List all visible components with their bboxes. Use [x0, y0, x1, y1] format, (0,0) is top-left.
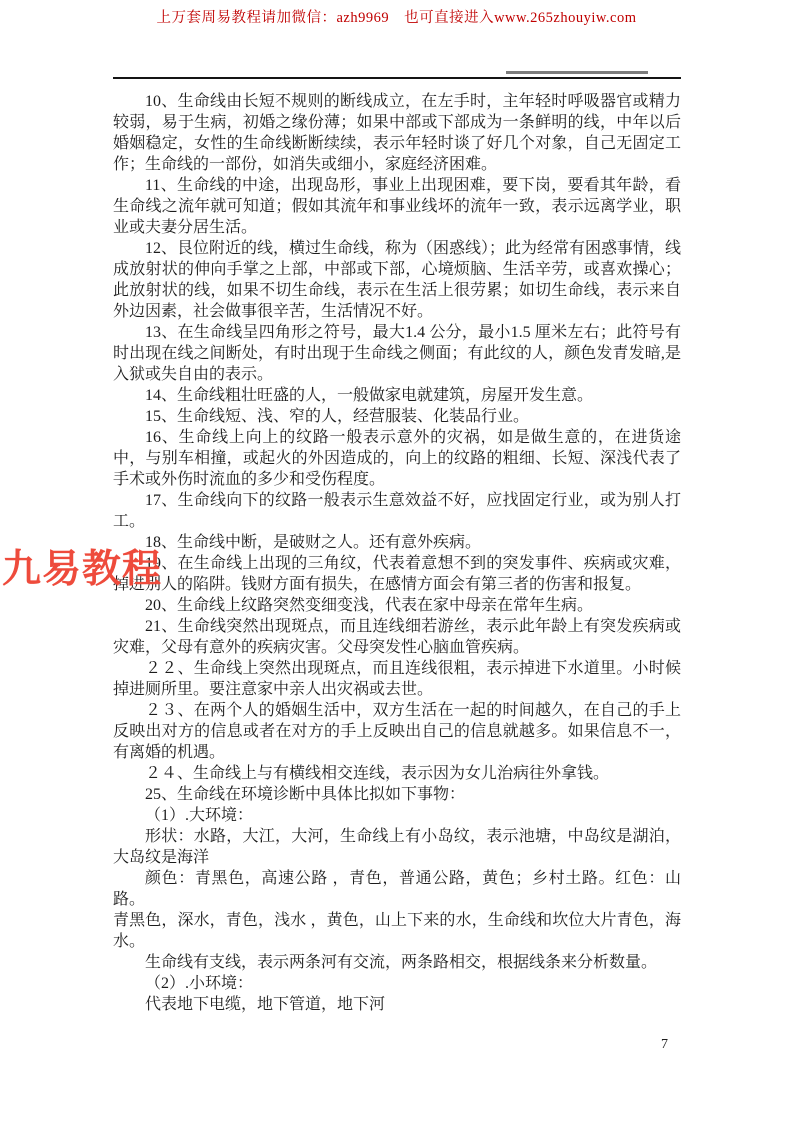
paragraph-env-2-heading: （2）.小环境：	[113, 973, 681, 994]
watermark-text: 九易教程	[2, 538, 162, 594]
paragraph-22: ２２、生命线上突然出现斑点，而且连线很粗，表示掉进下水道里。小时候掉进厕所里。要…	[113, 658, 681, 700]
paragraph-25: 25、生命线在环境诊断中具体比拟如下事物：	[113, 784, 681, 805]
document-body: 10、生命线由长短不规则的断线成立，在左手时，主年轻时呼吸器官或精力较弱，易于生…	[113, 91, 681, 1015]
paragraph-17: 17、生命线向下的纹路一般表示生意效益不好，应找固定行业，或为别人打工。	[113, 490, 681, 532]
paragraph-13: 13、在生命线呈四角形之符号，最大1.4 公分，最小1.5 厘米左右；此符号有时…	[113, 322, 681, 385]
paragraph-20: 20、生命线上纹路突然变细变浅，代表在家中母亲在常年生病。	[113, 595, 681, 616]
paragraph-23: ２３、在两个人的婚姻生活中，双方生活在一起的时间越久，在自己的手上反映出对方的信…	[113, 700, 681, 763]
paragraph-21: 21、生命线突然出现斑点，而且连线细若游丝，表示此年龄上有突发疾病或灾难，父母有…	[113, 616, 681, 658]
paragraph-color: 颜色：青黑色，高速公路 ，青色，普通公路，黄色；乡村土路。红色：山路。	[113, 868, 681, 910]
header-promo-text: 上万套周易教程请加微信：azh9969 也可直接进入www.265zhouyiw…	[0, 6, 793, 27]
page-number: 7	[661, 1037, 668, 1053]
paragraph-shape: 形状：水路，大江，大河，生命线上有小岛纹，表示池塘，中岛纹是湖泊，大岛纹是海洋	[113, 826, 681, 868]
paragraph-color-cont: 青黑色，深水，青色，浅水 ，黄色，山上下来的水，生命线和坎位大片青色，海水。	[113, 910, 681, 952]
paragraph-24: ２４、生命线上与有横线相交连线，表示因为女儿治病往外拿钱。	[113, 763, 681, 784]
paragraph-16: 16、生命线上向上的纹路一般表示意外的灾祸，如是做生意的，在进货途中，与别车相撞…	[113, 427, 681, 490]
document-page: 上万套周易教程请加微信：azh9969 也可直接进入www.265zhouyiw…	[0, 0, 793, 1123]
paragraph-14: 14、生命线粗壮旺盛的人，一般做家电就建筑，房屋开发生意。	[113, 385, 681, 406]
header-rule-short	[506, 71, 648, 74]
paragraph-18: 18、生命线中断，是破财之人。还有意外疾病。	[113, 532, 681, 553]
header-rule-long	[113, 77, 681, 79]
paragraph-15: 15、生命线短、浅、窄的人，经营服装、化装品行业。	[113, 406, 681, 427]
paragraph-19: 19、在生命线上出现的三角纹，代表着意想不到的突发事件、疾病或灾难，掉进别人的陷…	[113, 553, 681, 595]
paragraph-branch-lines: 生命线有支线，表示两条河有交流，两条路相交，根据线条来分析数量。	[113, 952, 681, 973]
paragraph-underground: 代表地下电缆，地下管道，地下河	[113, 994, 681, 1015]
paragraph-12: 12、艮位附近的线，横过生命线，称为（困惑线）；此为经常有困惑事情，线成放射状的…	[113, 238, 681, 322]
paragraph-10: 10、生命线由长短不规则的断线成立，在左手时，主年轻时呼吸器官或精力较弱，易于生…	[113, 91, 681, 175]
paragraph-11: 11、生命线的中途，出现岛形，事业上出现困难，要下岗，要看其年龄，看生命线之流年…	[113, 175, 681, 238]
paragraph-env-1-heading: （1）.大环境：	[113, 805, 681, 826]
